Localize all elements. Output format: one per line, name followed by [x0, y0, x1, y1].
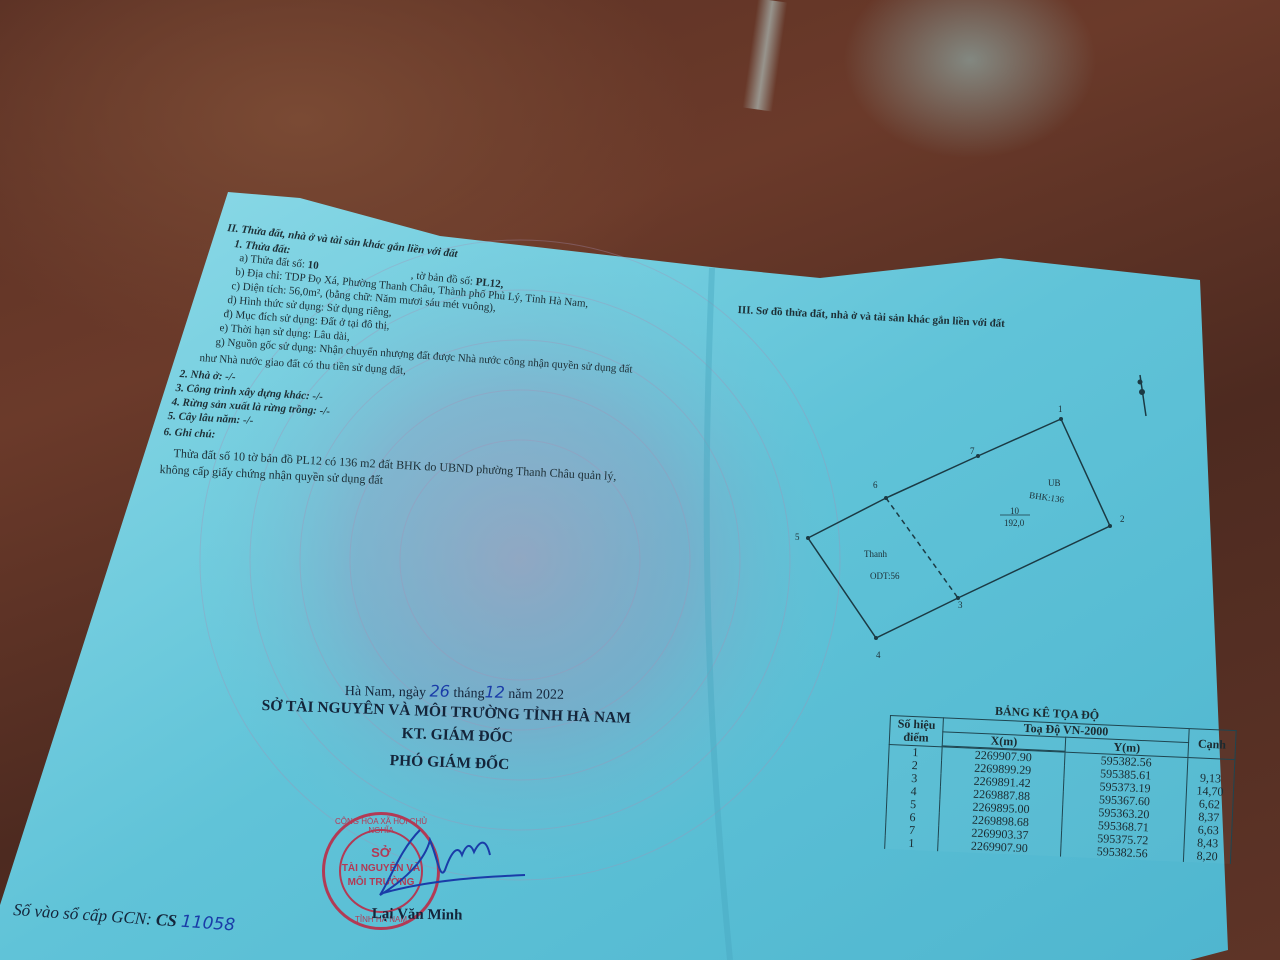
owner-label: Thanh	[864, 549, 887, 559]
point-label-3: 3	[958, 600, 963, 610]
point-label-5: 5	[795, 532, 800, 542]
parcel-area-label: 192,0	[1004, 518, 1024, 528]
odt-label: ODT:56	[870, 571, 900, 581]
point-label-1: 1	[1058, 404, 1063, 414]
col-edge-header: Cạnh	[1188, 729, 1236, 760]
point-label-6: 6	[873, 480, 878, 490]
point-label-7: 7	[970, 446, 975, 456]
cell-point: 1	[885, 836, 939, 851]
point-label-2: 2	[1120, 514, 1125, 524]
col-point-header: Số hiệu điểm	[889, 716, 943, 747]
certificate-document: II. Thửa đất, nhà ở và tài sản khác gắn …	[0, 0, 1280, 960]
cell-edge: 8,20	[1183, 849, 1231, 864]
parcel-number-label: 10	[1010, 506, 1019, 516]
point-label-4: 4	[876, 650, 881, 660]
coordinate-table: Số hiệu điểm Toạ Độ VN-2000 Cạnh X(m) Y(…	[884, 715, 1237, 864]
ub-label: UB	[1048, 478, 1061, 488]
